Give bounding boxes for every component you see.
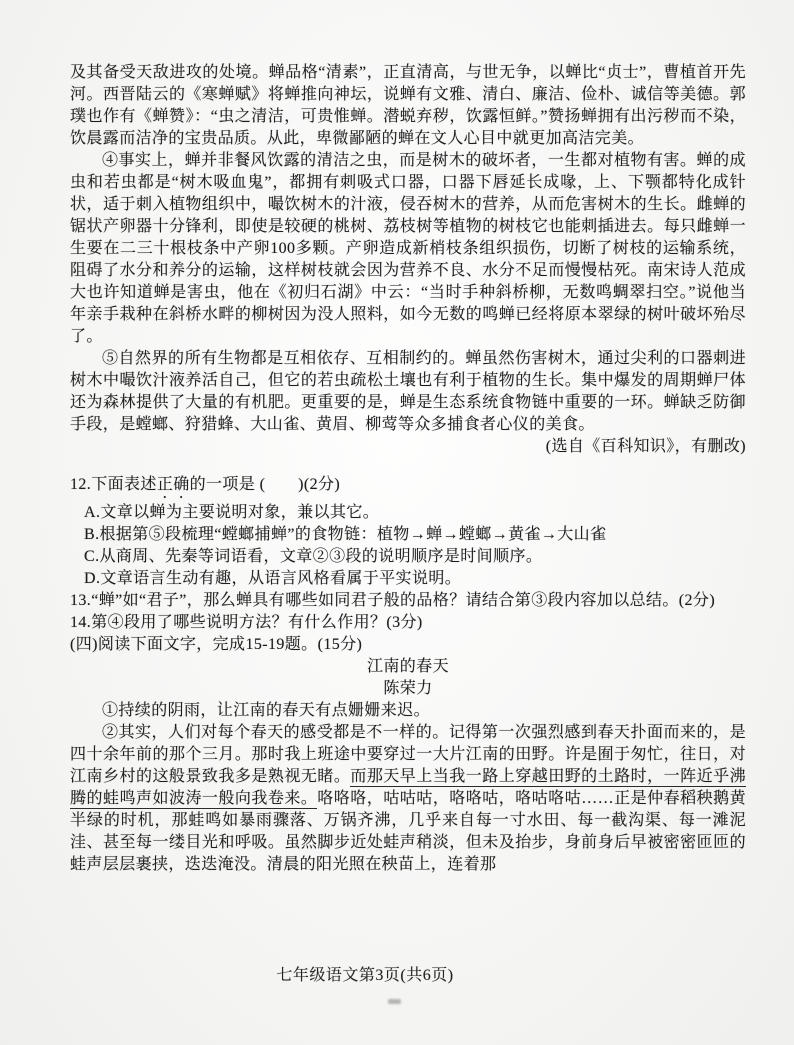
question-12-stem-post: 的一项是 ( )(2分) <box>190 476 341 493</box>
passage-attribution: (选自《百科知识》，有删改) <box>70 436 746 458</box>
question-12: 12.下面表述正确的一项是 ( )(2分) A.文章以蝉为主要说明对象，兼以其它… <box>70 474 746 590</box>
text-block: 及其备受天敌进攻的处境。蝉品格“清素”，正直清高，与世无争，以蝉比“贞士”，曹植… <box>70 62 746 876</box>
passage-continuation-paragraph: 及其备受天敌进攻的处境。蝉品格“清素”，正直清高，与世无争，以蝉比“贞士”，曹植… <box>70 62 746 150</box>
question-12-stem-emphasis: 正确 <box>157 476 190 493</box>
essay-paragraph-1: ①持续的阴雨，让江南的春天有点姗姗来迟。 <box>70 700 746 722</box>
question-12-option-c: C.从商周、先秦等词语看，文章②③段的说明顺序是时间顺序。 <box>70 546 746 568</box>
scan-artifact-mark <box>388 999 401 1004</box>
passage-paragraph-4: ④事实上，蝉并非餐风饮露的清洁之虫，而是树木的破坏者，一生都对植物有害。蝉的成虫… <box>70 150 746 348</box>
passage-paragraph-5: ⑤自然界的所有生物都是互相依存、互相制约的。蝉虽然伤害树木，通过尖利的口器刺进树… <box>70 348 746 436</box>
question-13: 13.“蝉”如“君子”，那么蝉具有哪些如同君子般的品格？请结合第③段内容加以总结… <box>70 590 746 612</box>
question-12-stem: 12.下面表述正确的一项是 ( )(2分) <box>70 474 746 502</box>
question-12-option-a: A.文章以蝉为主要说明对象，兼以其它。 <box>70 502 746 524</box>
exam-page: 及其备受天敌进攻的处境。蝉品格“清素”，正直清高，与世无争，以蝉比“贞士”，曹植… <box>0 0 794 1045</box>
essay-paragraph-2: ②其实，人们对每个春天的感受都是不一样的。记得第一次强烈感到春天扑面而来的，是四… <box>70 722 746 876</box>
page-footer: 七年级语文第3页(共6页) <box>0 962 730 985</box>
question-12-option-d: D.文章语言生动有趣，从语言风格看属于平实说明。 <box>70 568 746 590</box>
essay-author: 陈荣力 <box>70 678 746 700</box>
section-4-header: (四)阅读下面文字，完成15-19题。(15分) <box>70 634 746 656</box>
question-14: 14.第④段用了哪些说明方法？有什么作用？(3分) <box>70 612 746 634</box>
essay-title: 江南的春天 <box>70 656 746 678</box>
question-12-stem-pre: 12.下面表述 <box>70 476 157 493</box>
question-12-option-b: B.根据第⑤段梳理“螳螂捕蝉”的食物链：植物→蝉→螳螂→黄雀→大山雀 <box>70 524 746 546</box>
